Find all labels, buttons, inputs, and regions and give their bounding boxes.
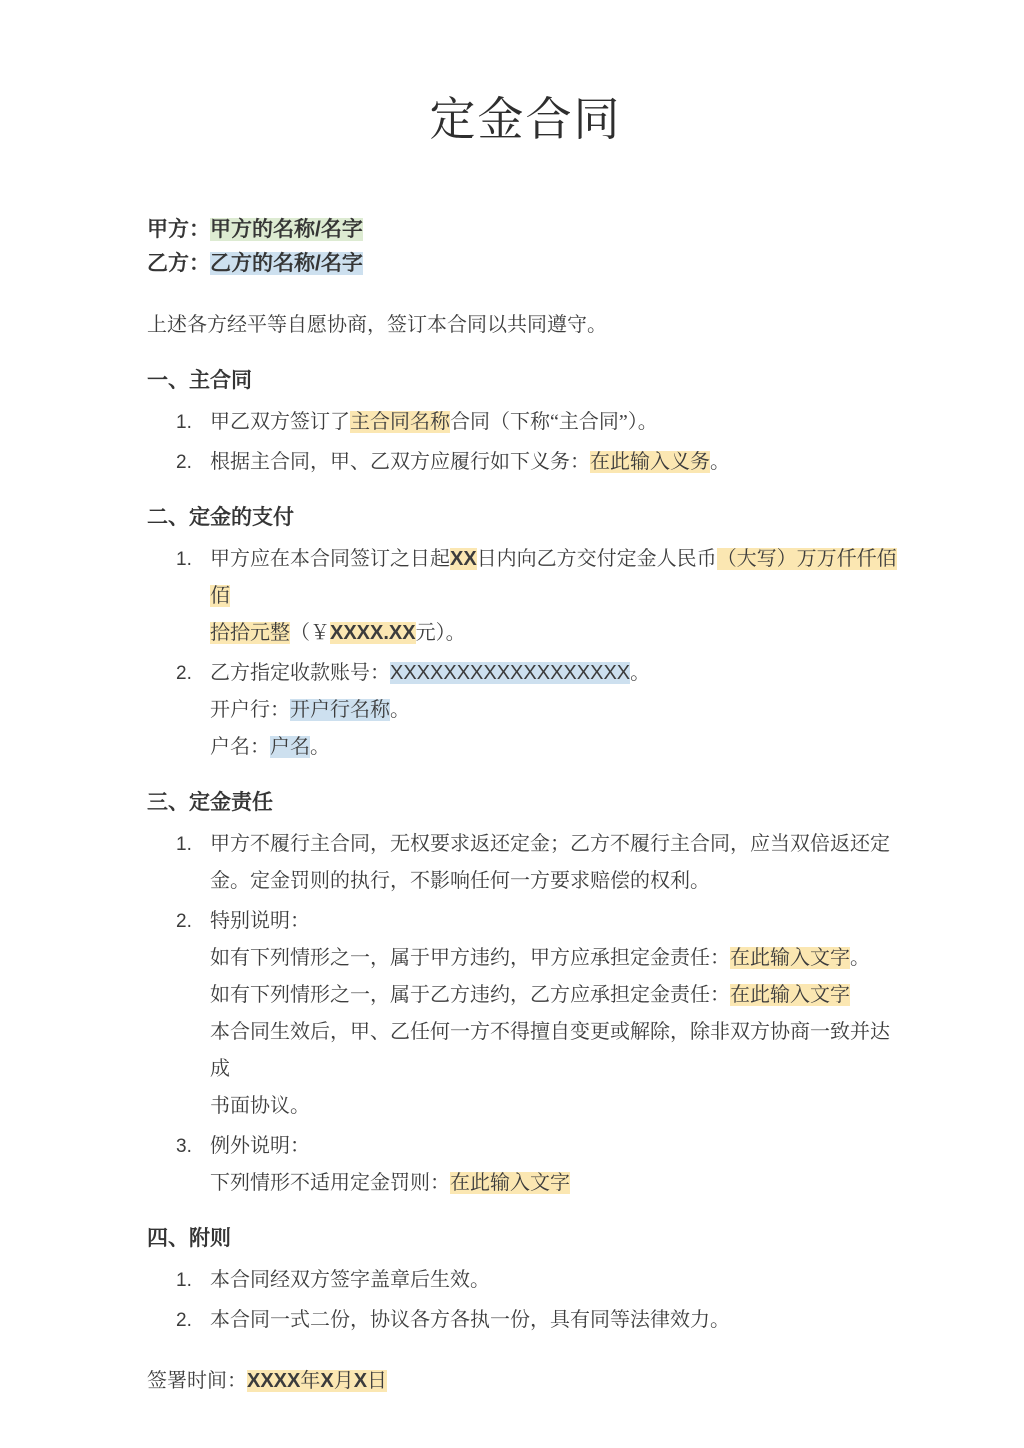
contract-section: 四、附则 1. 本合同经双方签字盖章后生效。 2. 本合同一式二份，协议各方各执…: [147, 1220, 904, 1339]
text-segment: 元）。: [416, 622, 466, 644]
text-segment: 书面协议。: [210, 1095, 310, 1117]
placeholder-field[interactable]: X: [354, 1370, 367, 1392]
text-segment: （￥: [290, 622, 330, 644]
list-item: 2. 根据主合同，甲、乙双方应履行如下义务：在此输入义务。: [147, 444, 904, 481]
text-segment: 开户行：: [210, 699, 290, 721]
placeholder-field[interactable]: 在此输入文字: [450, 1172, 570, 1194]
text-segment: 。: [850, 947, 870, 969]
placeholder-field[interactable]: 在此输入文字: [730, 984, 850, 1006]
section-heading: 一、主合同: [147, 362, 904, 399]
contract-page: 定金合同 甲方：甲方的名称/名字 乙方：乙方的名称/名字 上述各方经平等自愿协商…: [0, 0, 1024, 1448]
text-segment: 合同（下称“主合同”）。: [450, 411, 658, 433]
placeholder-field[interactable]: 开户行名称: [290, 699, 390, 721]
text-segment: 本合同生效后，甲、乙任何一方不得擅自变更或解除，除非双方协商一致并达成: [210, 1021, 890, 1080]
list-item: 1. 本合同经双方签字盖章后生效。: [147, 1262, 904, 1299]
signature-date-placeholder[interactable]: XXXX年X月X日: [247, 1370, 387, 1392]
item-text: 甲方不履行主合同，无权要求返还定金；乙方不履行主合同，应当双倍返还定金。定金罚则…: [210, 826, 904, 900]
text-segment: 特别说明：: [210, 910, 310, 932]
text-segment: 日内向乙方交付定金人民币: [477, 548, 717, 570]
signature-line: 签署时间：XXXX年X月X日: [147, 1363, 904, 1400]
text-line: 如有下列情形之一，属于乙方违约，乙方应承担定金责任：在此输入文字: [210, 977, 904, 1014]
section-items: 1. 甲方不履行主合同，无权要求返还定金；乙方不履行主合同，应当双倍返还定金。定…: [147, 826, 904, 1202]
text-segment: 户名：: [210, 736, 270, 758]
placeholder-field[interactable]: XXXX: [247, 1370, 300, 1392]
item-number: 1.: [176, 404, 210, 441]
placeholder-field[interactable]: 月: [334, 1370, 354, 1392]
intro-paragraph: 上述各方经平等自愿协商，签订本合同以共同遵守。: [147, 307, 904, 344]
item-number: 1.: [176, 1262, 210, 1299]
item-text: 本合同一式二份，协议各方各执一份，具有同等法律效力。: [210, 1302, 904, 1339]
text-line: 例外说明：: [210, 1128, 904, 1165]
text-segment: 本合同经双方签字盖章后生效。: [210, 1269, 490, 1291]
text-line: 开户行：开户行名称。: [210, 692, 904, 729]
item-number: 2.: [176, 655, 210, 766]
contract-section: 二、定金的支付 1. 甲方应在本合同签订之日起XX日内向乙方交付定金人民币（大写…: [147, 499, 904, 766]
text-segment: 。: [390, 699, 410, 721]
item-number: 2.: [176, 1302, 210, 1339]
contract-section: 三、定金责任 1. 甲方不履行主合同，无权要求返还定金；乙方不履行主合同，应当双…: [147, 784, 904, 1202]
item-number: 2.: [176, 444, 210, 481]
section-heading: 三、定金责任: [147, 784, 904, 821]
section-items: 1. 甲乙双方签订了主合同名称合同（下称“主合同”）。 2. 根据主合同，甲、乙…: [147, 404, 904, 481]
item-number: 3.: [176, 1128, 210, 1202]
placeholder-field[interactable]: XX: [450, 548, 477, 570]
text-segment: 如有下列情形之一，属于乙方违约，乙方应承担定金责任：: [210, 984, 730, 1006]
text-line: 户名：户名。: [210, 729, 904, 766]
text-segment: 下列情形不适用定金罚则：: [210, 1172, 450, 1194]
placeholder-field[interactable]: 年: [300, 1370, 320, 1392]
section-heading: 二、定金的支付: [147, 499, 904, 536]
list-item: 1. 甲乙双方签订了主合同名称合同（下称“主合同”）。: [147, 404, 904, 441]
text-segment: 甲方不履行主合同，无权要求返还定金；乙方不履行主合同，应当双倍返还定: [210, 833, 890, 855]
sections-container: 一、主合同 1. 甲乙双方签订了主合同名称合同（下称“主合同”）。 2. 根据主…: [147, 362, 904, 1339]
text-segment: 。: [630, 662, 650, 684]
section-items: 1. 甲方应在本合同签订之日起XX日内向乙方交付定金人民币（大写）万万仟仟佰佰拾…: [147, 541, 904, 766]
party-line-b: 乙方：乙方的名称/名字: [147, 247, 904, 281]
item-text: 甲方应在本合同签订之日起XX日内向乙方交付定金人民币（大写）万万仟仟佰佰拾拾元整…: [210, 541, 904, 652]
text-line: 本合同生效后，甲、乙任何一方不得擅自变更或解除，除非双方协商一致并达成: [210, 1014, 904, 1088]
item-number: 2.: [176, 903, 210, 1125]
text-line: 甲方应在本合同签订之日起XX日内向乙方交付定金人民币（大写）万万仟仟佰佰: [210, 541, 904, 615]
party-b-label: 乙方：: [147, 252, 210, 275]
document-title: 定金合同: [147, 0, 904, 152]
section-heading: 四、附则: [147, 1220, 904, 1257]
item-text: 甲乙双方签订了主合同名称合同（下称“主合同”）。: [210, 404, 904, 441]
item-number: 1.: [176, 541, 210, 652]
parties-block: 甲方：甲方的名称/名字 乙方：乙方的名称/名字: [147, 213, 904, 281]
text-segment: 甲乙双方签订了: [210, 411, 350, 433]
signature-label: 签署时间：: [147, 1370, 247, 1392]
list-item: 3. 例外说明：下列情形不适用定金罚则：在此输入文字: [147, 1128, 904, 1202]
party-a-label: 甲方：: [147, 218, 210, 241]
text-line: 书面协议。: [210, 1088, 904, 1125]
item-text: 例外说明：下列情形不适用定金罚则：在此输入文字: [210, 1128, 904, 1202]
text-line: 下列情形不适用定金罚则：在此输入文字: [210, 1165, 904, 1202]
placeholder-field[interactable]: 主合同名称: [350, 411, 450, 433]
text-segment: 本合同一式二份，协议各方各执一份，具有同等法律效力。: [210, 1309, 730, 1331]
text-segment: 如有下列情形之一，属于甲方违约，甲方应承担定金责任：: [210, 947, 730, 969]
placeholder-field[interactable]: XXXXXXXXXXXXXXXXXX: [390, 662, 630, 684]
text-line: 金。定金罚则的执行，不影响任何一方要求赔偿的权利。: [210, 863, 904, 900]
list-item: 1. 甲方不履行主合同，无权要求返还定金；乙方不履行主合同，应当双倍返还定金。定…: [147, 826, 904, 900]
text-segment: 甲方应在本合同签订之日起: [210, 548, 450, 570]
item-text: 本合同经双方签字盖章后生效。: [210, 1262, 904, 1299]
placeholder-field[interactable]: 在此输入文字: [730, 947, 850, 969]
list-item: 2. 本合同一式二份，协议各方各执一份，具有同等法律效力。: [147, 1302, 904, 1339]
party-b-name-placeholder[interactable]: 乙方的名称/名字: [210, 252, 363, 275]
text-segment: 。: [710, 451, 730, 473]
text-line: 本合同经双方签字盖章后生效。: [210, 1262, 904, 1299]
text-segment: 乙方指定收款账号：: [210, 662, 390, 684]
list-item: 2. 特别说明：如有下列情形之一，属于甲方违约，甲方应承担定金责任：在此输入文字…: [147, 903, 904, 1125]
text-line: 特别说明：: [210, 903, 904, 940]
text-segment: 根据主合同，甲、乙双方应履行如下义务：: [210, 451, 590, 473]
section-items: 1. 本合同经双方签字盖章后生效。 2. 本合同一式二份，协议各方各执一份，具有…: [147, 1262, 904, 1339]
party-line-a: 甲方：甲方的名称/名字: [147, 213, 904, 247]
contract-section: 一、主合同 1. 甲乙双方签订了主合同名称合同（下称“主合同”）。 2. 根据主…: [147, 362, 904, 481]
item-text: 特别说明：如有下列情形之一，属于甲方违约，甲方应承担定金责任：在此输入文字。如有…: [210, 903, 904, 1125]
list-item: 2. 乙方指定收款账号：XXXXXXXXXXXXXXXXXX。开户行：开户行名称…: [147, 655, 904, 766]
placeholder-field[interactable]: 户名: [270, 736, 310, 758]
item-text: 乙方指定收款账号：XXXXXXXXXXXXXXXXXX。开户行：开户行名称。户名…: [210, 655, 904, 766]
item-text: 根据主合同，甲、乙双方应履行如下义务：在此输入义务。: [210, 444, 904, 481]
placeholder-field[interactable]: X: [320, 1370, 333, 1392]
text-line: 如有下列情形之一，属于甲方违约，甲方应承担定金责任：在此输入文字。: [210, 940, 904, 977]
party-a-name-placeholder[interactable]: 甲方的名称/名字: [210, 218, 363, 241]
text-line: 乙方指定收款账号：XXXXXXXXXXXXXXXXXX。: [210, 655, 904, 692]
placeholder-field[interactable]: XXXX.XX: [330, 622, 416, 644]
text-line: 拾拾元整（￥XXXX.XX元）。: [210, 615, 904, 652]
text-line: 甲乙双方签订了主合同名称合同（下称“主合同”）。: [210, 404, 904, 441]
text-segment: 金。定金罚则的执行，不影响任何一方要求赔偿的权利。: [210, 870, 710, 892]
text-segment: 例外说明：: [210, 1135, 310, 1157]
placeholder-field[interactable]: 日: [367, 1370, 387, 1392]
placeholder-field[interactable]: 拾拾元整: [210, 622, 290, 644]
text-segment: 。: [310, 736, 330, 758]
list-item: 1. 甲方应在本合同签订之日起XX日内向乙方交付定金人民币（大写）万万仟仟佰佰拾…: [147, 541, 904, 652]
text-line: 甲方不履行主合同，无权要求返还定金；乙方不履行主合同，应当双倍返还定: [210, 826, 904, 863]
placeholder-field[interactable]: 在此输入义务: [590, 451, 710, 473]
text-line: 本合同一式二份，协议各方各执一份，具有同等法律效力。: [210, 1302, 904, 1339]
item-number: 1.: [176, 826, 210, 900]
text-line: 根据主合同，甲、乙双方应履行如下义务：在此输入义务。: [210, 444, 904, 481]
